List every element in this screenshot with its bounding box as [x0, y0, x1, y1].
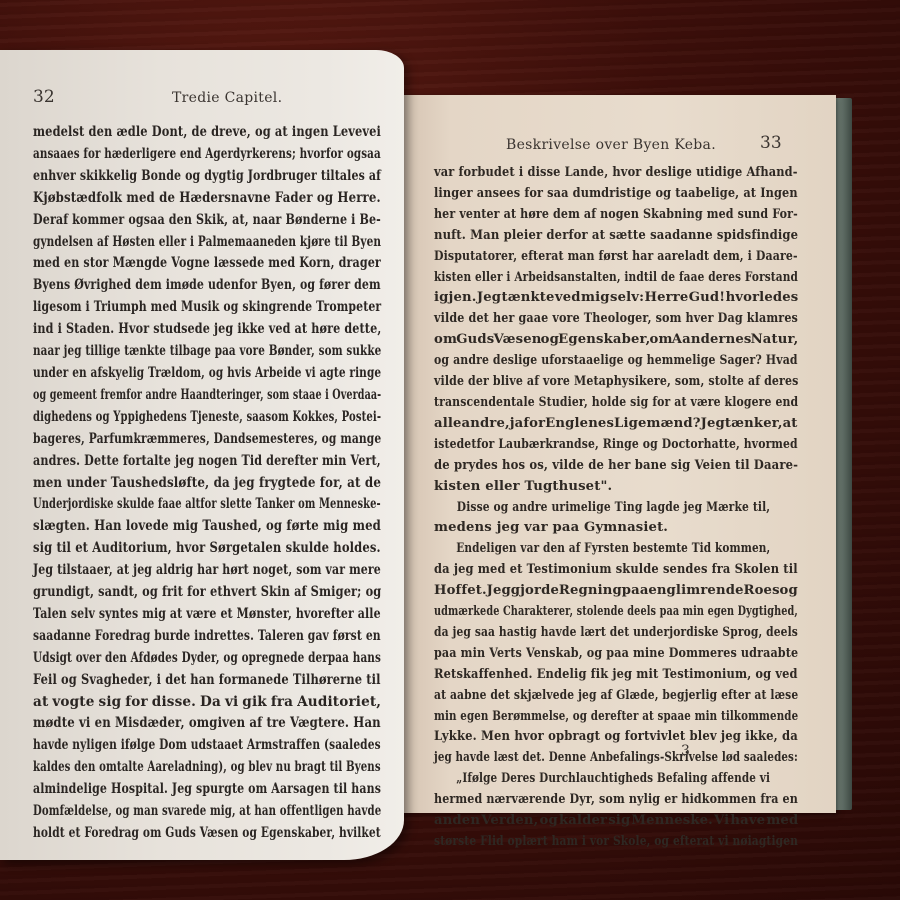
text-line: Lykke. Men hvor opbragt og fortvivlet bl… — [434, 727, 755, 748]
text-line: Retskaffenhed. Endelig fik jeg mit Testi… — [434, 665, 749, 686]
text-line: alle andre, ja for Englenes Ligemænd? Je… — [434, 414, 798, 435]
text-line: Underjordiske skulde faae altfor slette … — [33, 494, 286, 516]
text-line: andres. Dette fortalte jeg nogen Tid der… — [33, 451, 319, 473]
text-line: ligesom i Triumph med Musik og skingrend… — [33, 297, 312, 319]
text-line: Disse og andre urimelige Ting lagde jeg … — [434, 498, 730, 519]
text-line: og gemeent fremfor andre Haandteringer, … — [33, 385, 278, 407]
text-line: slægten. Han lovede mig Taushed, og ført… — [33, 516, 332, 538]
text-line: nuft. Man pleier derfor at sætte saadann… — [434, 226, 755, 247]
text-line: vilde der blive af vore Metaphysikere, s… — [434, 372, 738, 393]
right-page: Beskrivelse over Byen Keba. 33 var forbu… — [398, 95, 836, 813]
page-number-right: 33 — [760, 133, 782, 153]
running-head-right: Beskrivelse over Byen Keba. — [506, 137, 716, 153]
signature-mark: 3 — [681, 743, 690, 759]
text-line: men under Taushedsløfte, da jeg frygtede… — [33, 473, 337, 495]
text-line: medens jeg var paa Gymnasiet. — [434, 518, 798, 539]
text-line: linger ansees for saa dumdristige og taa… — [434, 184, 746, 205]
text-line: Udsigt over den Afdødes Dyder, og opregn… — [33, 648, 300, 670]
text-line: igjen. Jeg tænkte ved mig selv: Herre Gu… — [434, 288, 798, 309]
text-line: Disputatorer, efterat man først har aare… — [434, 247, 737, 268]
text-line: paa min Verts Venskab, og paa mine Domme… — [434, 644, 742, 665]
text-line: ind i Staden. Hvor studsede jeg ikke ved… — [33, 319, 319, 341]
text-line: Deraf kommer ogsaa den Skik, at, naar Bø… — [33, 210, 317, 232]
text-line: at aabne det skjælvede jeg af Glæde, beg… — [434, 686, 730, 707]
text-line: min egen Berømmelse, og derefter at spaa… — [434, 707, 718, 728]
text-line: jeg havde læst det. Denne Anbefalings-Sk… — [434, 748, 718, 769]
text-line: udmærkede Charakterer, stolende deels pa… — [434, 602, 702, 623]
text-line: kisten eller i Arbeidsanstalten, indtil … — [434, 268, 725, 289]
text-line: kisten eller Tugthuset". — [434, 477, 798, 498]
text-line: transcendentale Studier, holde sig for a… — [434, 393, 734, 414]
text-line: største Flid oplært ham i vor Skole, og … — [434, 832, 728, 853]
text-line: de prydes hos os, vilde de her bane sig … — [434, 456, 755, 477]
text-line: og andre deslige uforstaaelige og hemmel… — [434, 351, 735, 372]
text-line: bageres, Parfumkræmmeres, Dandsemesteres… — [33, 429, 307, 451]
text-line: hermed nærværende Dyr, som nylig er hidk… — [434, 790, 741, 811]
text-line: almindelige Hospital. Jeg spurgte om Aar… — [33, 779, 314, 801]
text-line: Endeligen var den af Fyrsten bestemte Ti… — [434, 539, 724, 560]
text-line: vilde det her gaae vore Theologer, som h… — [434, 309, 742, 330]
text-line: ansaaes for hæderligere end Agerdyrkeren… — [33, 144, 298, 166]
text-line: anden Verden, og kalder sig Menneske. Vi… — [434, 811, 798, 832]
text-line: om Guds Væsen og Egenskaber, om Aanderne… — [434, 330, 798, 351]
text-line: naar jeg tillige tænkte tilbage paa vore… — [33, 341, 299, 363]
right-page-body: var forbudet i disse Lande, hvor deslige… — [434, 163, 798, 853]
text-line: enhver skikkelig Bonde og dygtig Jordbru… — [33, 166, 315, 188]
text-line: da jeg saa hastig havde lært det underjo… — [434, 623, 729, 644]
text-line: her venter at høre dem af nogen Skabning… — [434, 205, 740, 226]
text-line: sig til et Auditorium, hvor Sørgetalen s… — [33, 538, 329, 560]
text-line: gyndelsen af Høsten eller i Palmemaanede… — [33, 232, 302, 254]
text-line: dighedens og Yppighedens Tjeneste, saaso… — [33, 407, 291, 429]
text-line: Byens Øvrighed dem imøde udenfor Byen, o… — [33, 275, 313, 297]
text-line: Domfældelse, og man svarede mig, at han … — [33, 801, 293, 823]
text-line: istedetfor Laubærkrandse, Ringe og Docto… — [434, 435, 733, 456]
text-line: Feil og Svagheder, i det han formanede T… — [33, 670, 326, 692]
left-page: 32 Tredie Capitel. medelst den ædle Dont… — [0, 50, 404, 860]
text-line: med en stor Mængde Vogne læssede med Kor… — [33, 253, 318, 275]
page-number-left: 32 — [33, 87, 55, 107]
text-line: Talen selv syntes mig at være et Mønster… — [33, 604, 313, 626]
text-line: grundigt, sandt, og frit for ethvert Ski… — [33, 582, 324, 604]
text-line: Jeg tilstaaer, at jeg aldrig har hørt no… — [33, 560, 313, 582]
text-line: kaldes den omtalte Aareladning), og blev… — [33, 757, 293, 779]
text-line: at vogte sig for disse. Da vi gik fra Au… — [33, 692, 381, 714]
text-line: Kjøbstædfolk med de Hædersnavne Fader og… — [33, 188, 334, 210]
text-line: saadanne Foredrag burde indrettes. Taler… — [33, 626, 309, 648]
text-line: da jeg med et Testimonium skulde sendes … — [434, 560, 750, 581]
text-line: Hoffet. Jeg gjorde Regning paa en glimre… — [434, 581, 798, 602]
text-line: „Ifølge Deres Durchlauchtigheds Befaling… — [434, 769, 722, 790]
text-line: under en afskyelig Trældom, og hvis Arbe… — [33, 363, 302, 385]
text-line: havde nyligen ifølge Dom udstaaet Armstr… — [33, 735, 305, 757]
left-page-body: medelst den ædle Dont, de dreve, og at i… — [33, 122, 381, 845]
text-line: holdt et Foredrag om Guds Væsen og Egens… — [33, 823, 305, 845]
text-line: medelst den ædle Dont, de dreve, og at i… — [33, 122, 325, 144]
text-line: var forbudet i disse Lande, hvor deslige… — [434, 163, 749, 184]
running-head-left: Tredie Capitel. — [172, 90, 282, 106]
text-line: mødte vi en Misdæder, omgiven af tre Væg… — [33, 713, 332, 735]
